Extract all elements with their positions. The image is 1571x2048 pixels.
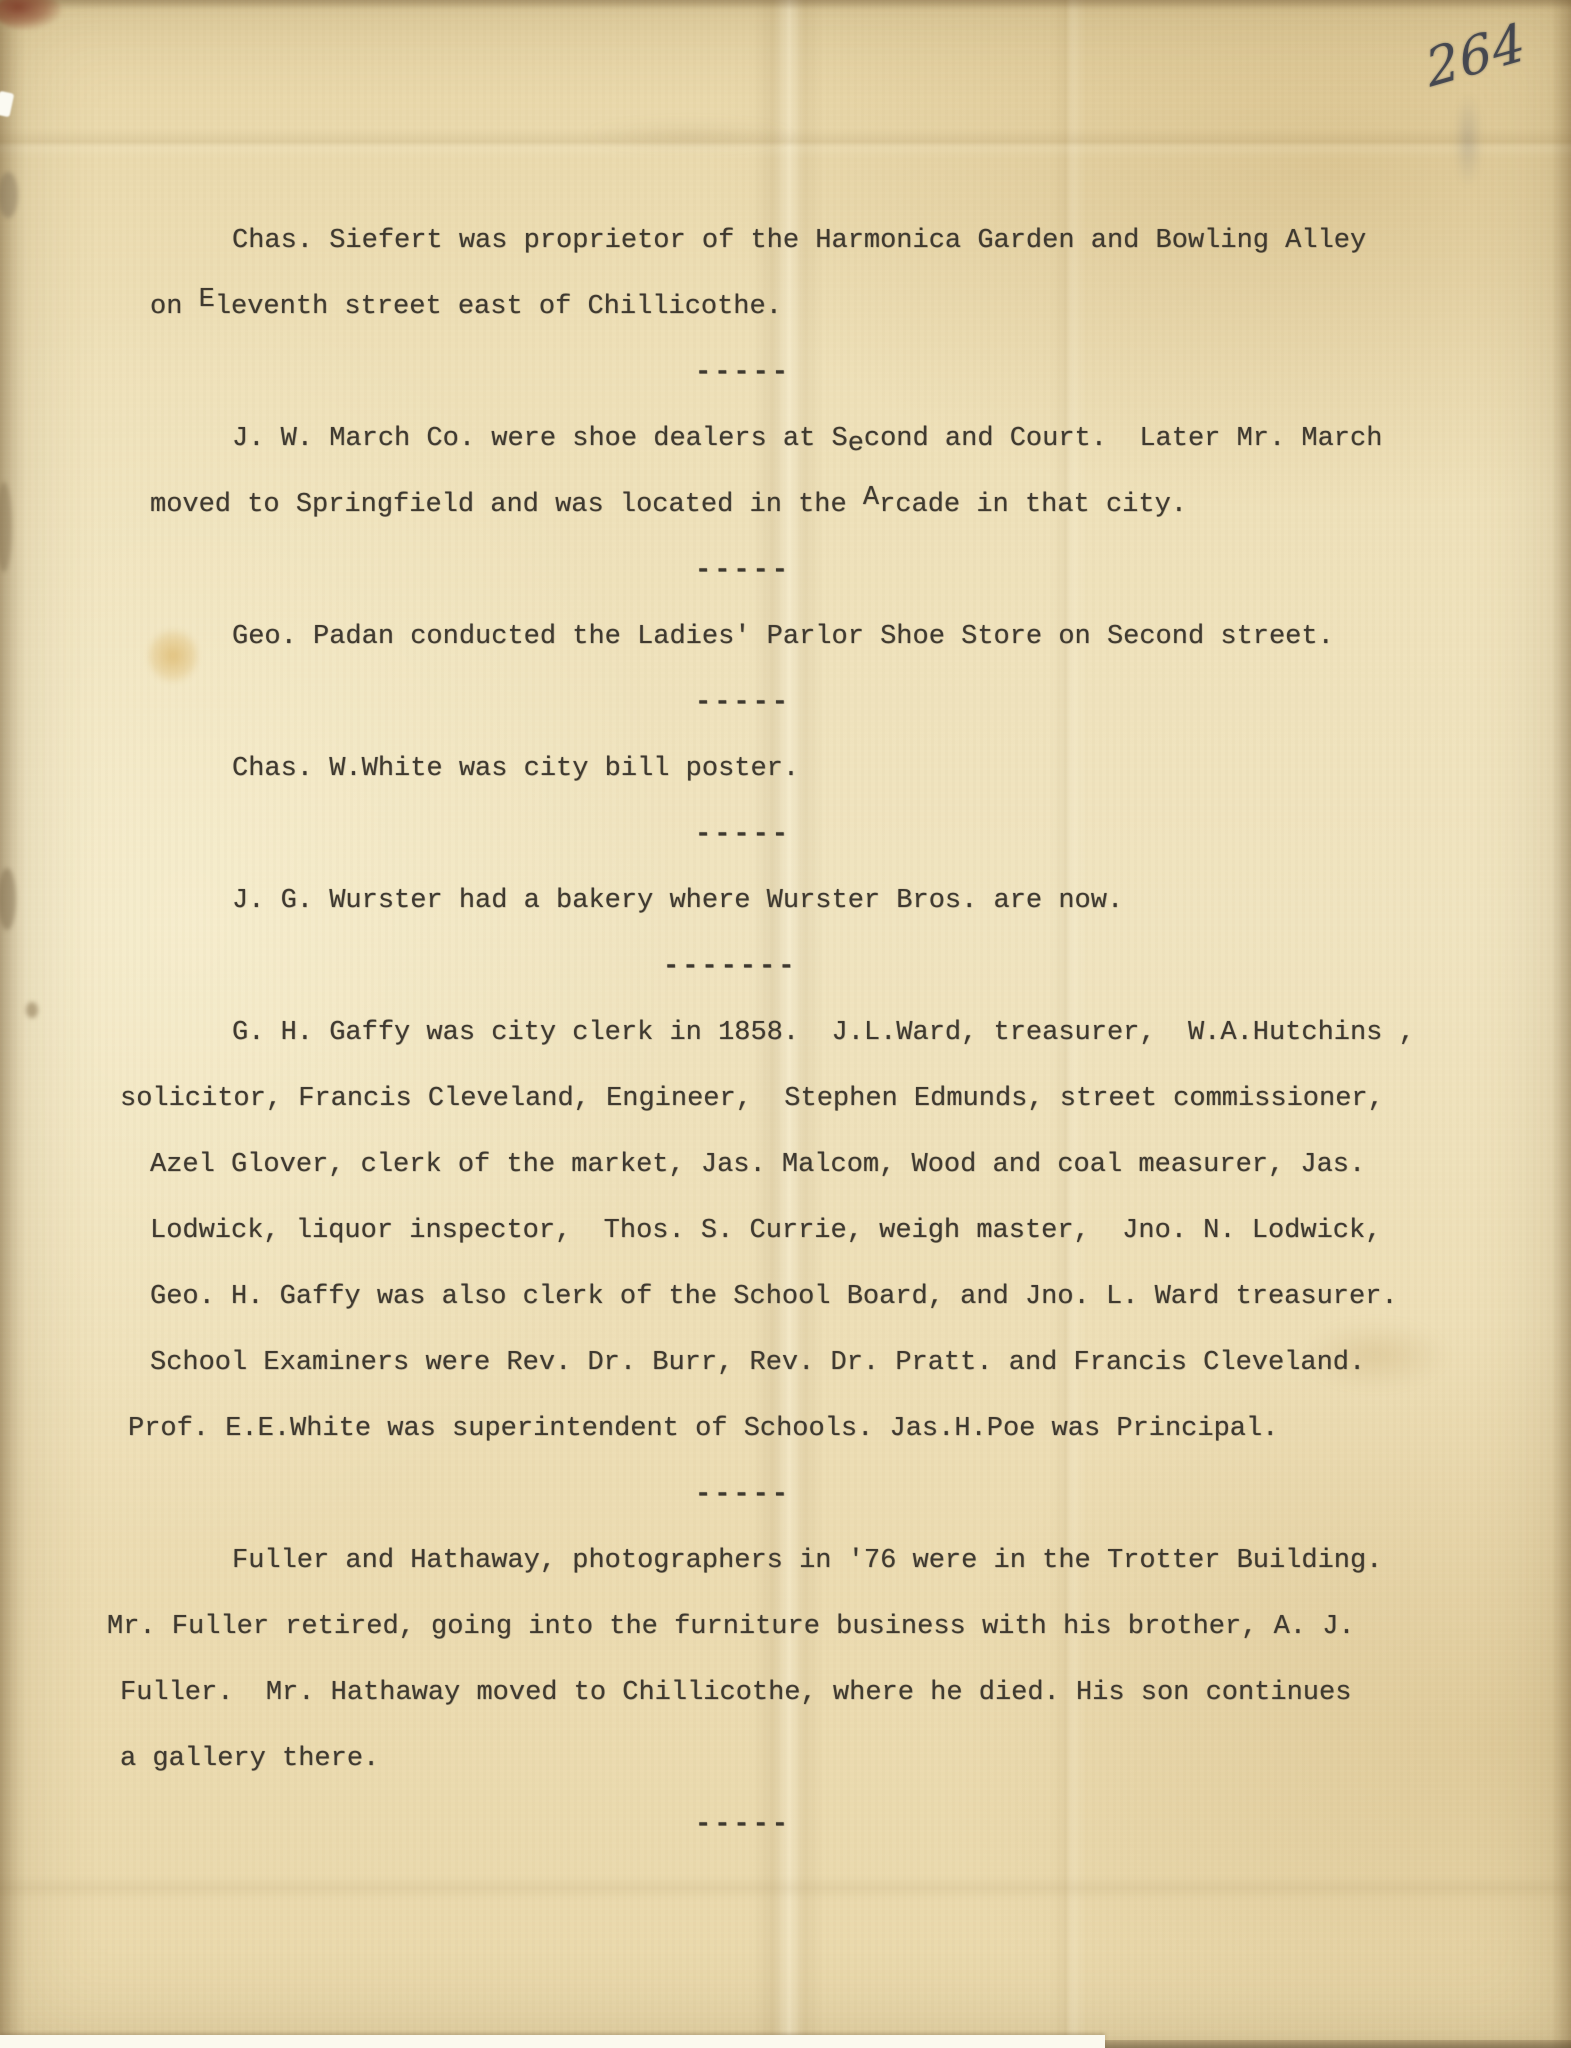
fold-crease [0,128,1571,158]
typed-line: Azel Glover, clerk of the market, Jas. M… [150,1132,1510,1198]
scanned-document-page: 264 Chas. Siefert was proprietor of the … [0,0,1571,2048]
paper-stain [580,120,800,150]
typed-text-segment: School Examiners were Rev. Dr. Burr, Rev… [150,1348,1365,1378]
typed-text-segment: Lodwick, liquor inspector, Thos. S. Curr… [150,1216,1381,1246]
typed-line: Fuller. Mr. Hathaway moved to Chillicoth… [120,1660,1510,1726]
typed-text-segment: Azel Glover, clerk of the market, Jas. M… [150,1150,1365,1180]
typed-text-segment: rcade in that city. [879,490,1187,520]
typed-line: moved to Springfield and was located in … [150,472,1510,538]
typed-separator: ----- [150,670,1510,736]
typed-line: Geo. Padan conducted the Ladies' Parlor … [150,604,1510,670]
page-bottom-edge [0,2035,1105,2048]
typed-line: Chas. Siefert was proprietor of the Harm… [150,208,1510,274]
typed-line: solicitor, Francis Cleveland, Engineer, … [120,1066,1510,1132]
typed-separator: ----- [150,538,1510,604]
typed-text-segment: e [848,429,864,459]
typed-text-segment: Fuller. Mr. Hathaway moved to Chillicoth… [120,1678,1351,1708]
typed-text-segment: E [199,285,215,315]
page-bottom-edge [1105,2040,1571,2048]
typed-line: G. H. Gaffy was city clerk in 1858. J.L.… [150,1000,1510,1066]
typed-text-segment: leventh street east of Chillicothe. [215,292,782,322]
typed-line: Fuller and Hathaway, photographers in '7… [150,1528,1510,1594]
typed-line: Geo. H. Gaffy was also clerk of the Scho… [150,1264,1510,1330]
typed-line: J. G. Wurster had a bakery where Wurster… [150,868,1510,934]
fold-crease [0,1875,1571,1901]
typed-text-segment: Chas. Siefert was proprietor of the Harm… [232,226,1366,256]
typed-separator: ----- [150,802,1510,868]
page-right-edge [1551,0,1571,2048]
typed-text-segment: Chas. W.White was city bill poster. [232,754,799,784]
typed-text-segment: J. G. Wurster had a bakery where Wurster… [232,886,1123,916]
typed-text-segment: Mr. Fuller retired, going into the furni… [107,1612,1355,1642]
typed-line: a gallery there. [120,1726,1510,1792]
typed-text-segment: Geo. H. Gaffy was also clerk of the Scho… [150,1282,1398,1312]
handwritten-page-number: 264 [1422,12,1531,100]
typed-text-segment: solicitor, Francis Cleveland, Engineer, … [120,1084,1384,1114]
typed-text-segment: A [863,483,879,513]
typed-text-segment: J. W. March Co. were shoe dealers at S [232,424,848,454]
typed-text-segment: Fuller and Hathaway, photographers in '7… [232,1546,1382,1576]
page-top-edge [0,0,1571,10]
torn-left-edge [0,0,26,2048]
typed-text-segment: cond and Court. Later Mr. March [864,424,1382,454]
typed-separator: ----- [150,1792,1510,1858]
typed-line: on Eleventh street east of Chillicothe. [150,274,1510,340]
typed-separator: ------- [150,934,1510,1000]
typed-line: Chas. W.White was city bill poster. [150,736,1510,802]
typed-text-segment: G. H. Gaffy was city clerk in 1858. J.L.… [232,1018,1415,1048]
typed-separator: ----- [150,1462,1510,1528]
typed-line: School Examiners were Rev. Dr. Burr, Rev… [150,1330,1510,1396]
pencil-smudge [1455,95,1481,185]
typed-line: Lodwick, liquor inspector, Thos. S. Curr… [150,1198,1510,1264]
typed-line: Mr. Fuller retired, going into the furni… [107,1594,1510,1660]
typed-separator: ----- [150,340,1510,406]
typed-line: Prof. E.E.White was superintendent of Sc… [128,1396,1510,1462]
corner-stain [0,0,62,30]
typed-text-segment: Prof. E.E.White was superintendent of Sc… [128,1414,1278,1444]
typed-line: J. W. March Co. were shoe dealers at Sec… [150,406,1510,472]
typed-text-segment: moved to Springfield and was located in … [150,490,863,520]
typewritten-text-body: Chas. Siefert was proprietor of the Harm… [150,208,1510,1858]
typed-text-segment: Geo. Padan conducted the Ladies' Parlor … [232,622,1334,652]
typed-text-segment: a gallery there. [120,1744,379,1774]
typed-text-segment: on [150,292,199,322]
edge-smudge [26,1002,38,1018]
